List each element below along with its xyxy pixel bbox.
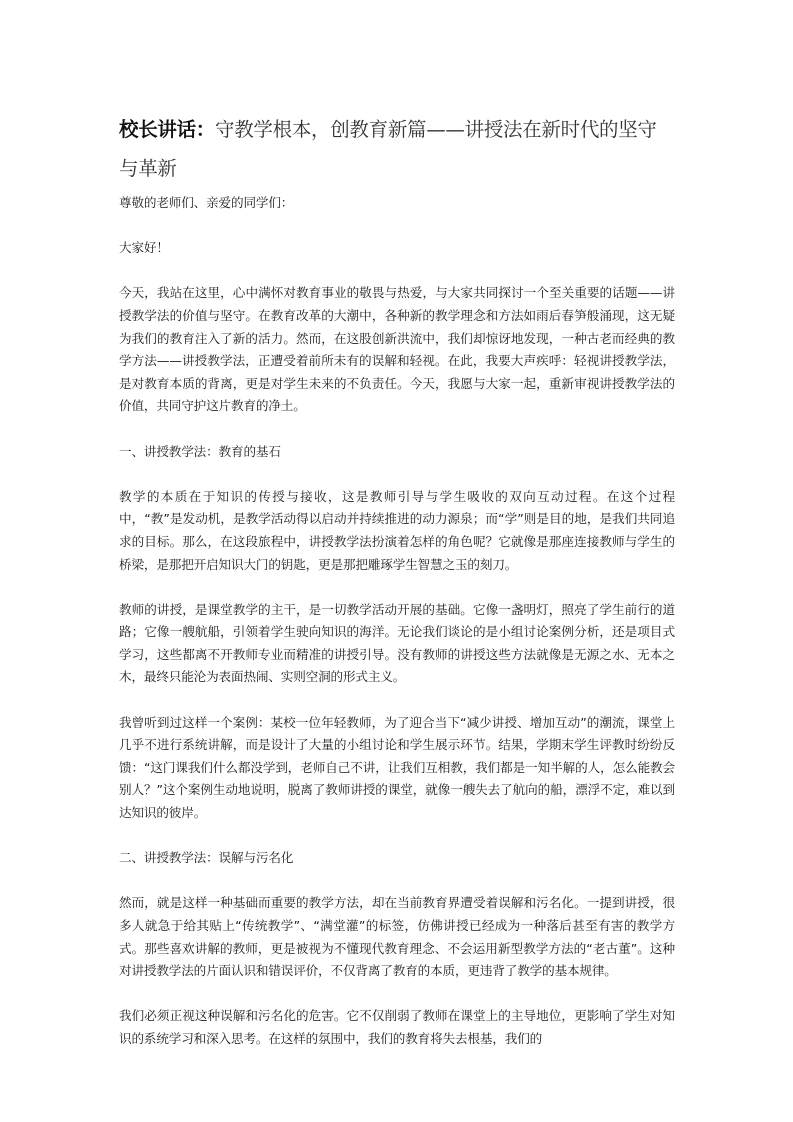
title-lead: 校长讲话： [119, 118, 215, 141]
document-page: 校长讲话：守教学根本，创教育新篇——讲授法在新时代的坚守与革新 尊敬的老师们、亲… [119, 110, 675, 1051]
salutation: 尊敬的老师们、亲爱的同学们： [119, 192, 675, 215]
intro-paragraph: 今天，我站在这里，心中满怀对教育事业的敬畏与热爱，与大家共同探讨一个至关重要的话… [119, 282, 675, 418]
greeting: 大家好！ [119, 237, 675, 260]
body-paragraph: 我们必须正视这种误解和污名化的危害。它不仅削弱了教师在课堂上的主导地位，更影响了… [119, 1005, 675, 1050]
body-paragraph: 然而，就是这样一种基础而重要的教学方法，却在当前教育界遭受着误解和污名化。一提到… [119, 892, 675, 982]
body-paragraph: 我曾听到过这样一个案例：某校一位年轻教师，为了迎合当下“减少讲授、增加互动”的潮… [119, 712, 675, 825]
body-paragraph: 教师的讲授，是课堂教学的主干，是一切教学活动开展的基础。它像一盏明灯，照亮了学生… [119, 599, 675, 689]
section-heading: 二、讲授教学法：误解与污名化 [119, 847, 675, 870]
document-title: 校长讲话：守教学根本，创教育新篇——讲授法在新时代的坚守与革新 [119, 110, 675, 188]
section-heading: 一、讲授教学法：教育的基石 [119, 441, 675, 464]
body-paragraph: 教学的本质在于知识的传授与接收，这是教师引导与学生吸收的双向互动过程。在这个过程… [119, 486, 675, 576]
